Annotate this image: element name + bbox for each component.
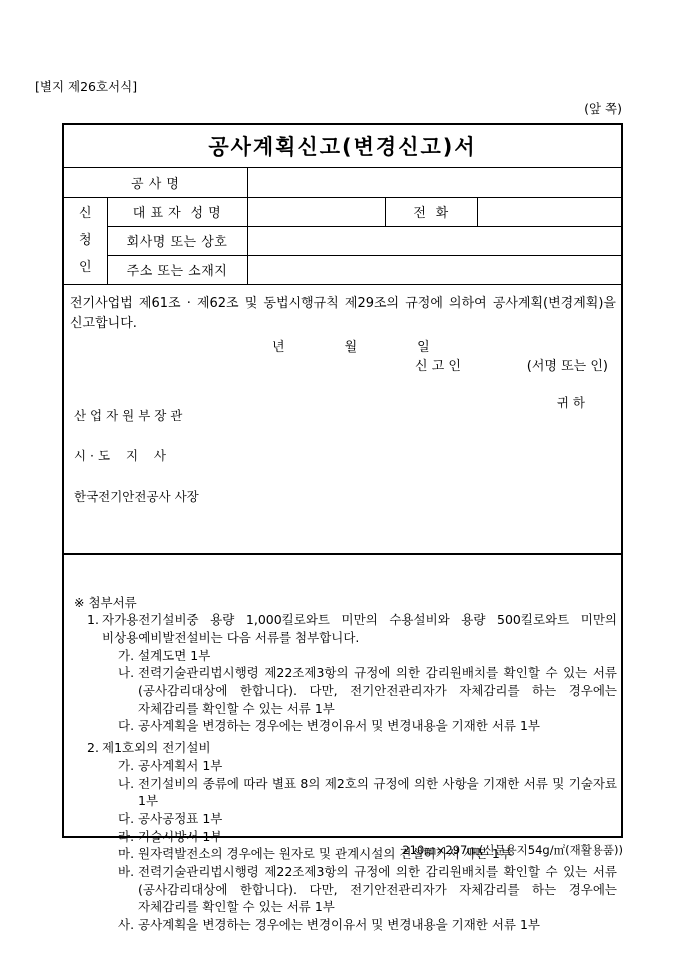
table-row: 주소 또는 소재지 [64, 255, 621, 284]
paper-spec-label: 210㎜×297㎜(신문용지54g/㎡(재활용품)) [402, 842, 623, 858]
addressee-kesco-president: 한국전기안전공사 사장 [74, 490, 621, 504]
item-text: 공사계획서 1부 [138, 757, 617, 775]
date-line[interactable]: 년 월 일 [64, 337, 621, 355]
phone-label: 전 화 [385, 197, 477, 226]
date-day-label: 일 [417, 336, 430, 355]
applicant-group-label: 신 청 인 [64, 197, 107, 284]
company-name-field[interactable] [247, 226, 621, 255]
attachment-subitem: 사. 공사계획을 변경하는 경우에는 변경이유서 및 변경내용을 기재한 서류 … [118, 916, 617, 934]
construction-name-label: 공 사 명 [64, 168, 247, 197]
item-number: 마. [118, 845, 138, 863]
applicant-char: 인 [66, 254, 105, 281]
item-number: 가. [118, 757, 138, 775]
item-number: 다. [118, 717, 138, 735]
item-text: 공사공정표 1부 [138, 810, 617, 828]
item-number: 2. [87, 739, 102, 757]
table-row: 회사명 또는 상호 [64, 226, 621, 255]
page-side-label: (앞 쪽) [584, 99, 622, 117]
company-name-label: 회사명 또는 상호 [107, 226, 247, 255]
item-number: 가. [118, 647, 138, 665]
address-field[interactable] [247, 255, 621, 284]
applicant-table: 공 사 명 신 청 인 대 표 자 성 명 전 화 회사명 또는 상호 주소 또… [64, 168, 621, 285]
attachment-subitem: 나. 전력기술관리법시행령 제22조제3항의 규정에 의한 감리원배치를 확인할… [118, 664, 617, 717]
table-row: 공 사 명 [64, 168, 621, 197]
attachments-header: ※ 첨부서류 [72, 594, 617, 612]
applicant-char: 신 [66, 200, 105, 227]
item-number: 나. [118, 664, 138, 717]
signature-hint-label: (서명 또는 인) [527, 355, 608, 374]
item-number: 라. [118, 828, 138, 846]
table-row: 신 청 인 대 표 자 성 명 전 화 [64, 197, 621, 226]
attachments-section: ※ 첨부서류 1. 자가용전기설비중 용량 1,000킬로와트 미만의 수용설비… [64, 555, 621, 934]
form-code-label: [별지 제26호서식] [35, 77, 137, 95]
addressee-minister: 산 업 자 원 부 장 관 [74, 409, 621, 423]
attachment-item: 2. 제1호외의 전기설비 [87, 739, 617, 757]
item-number: 사. [118, 916, 138, 934]
addressee-block: 산 업 자 원 부 장 관 시 · 도 지 사 한국전기안전공사 사장 귀 하 [64, 382, 621, 544]
item-text: 자가용전기설비중 용량 1,000킬로와트 미만의 수용설비와 용량 500킬로… [102, 611, 617, 646]
item-number: 1. [87, 611, 102, 646]
attachment-item: 1. 자가용전기설비중 용량 1,000킬로와트 미만의 수용설비와 용량 50… [87, 611, 617, 646]
addressee-governor: 시 · 도 지 사 [74, 449, 621, 463]
reporter-line: 신 고 인 (서명 또는 인) [64, 356, 621, 374]
form-title: 공사계획신고(변경신고)서 [64, 125, 621, 168]
attachment-subitem: 다. 공사계획을 변경하는 경우에는 변경이유서 및 변경내용을 기재한 서류 … [118, 717, 617, 735]
attachment-subitem: 바. 전력기술관리법시행령 제22조제3항의 규정에 의한 감리원배치를 확인할… [118, 863, 617, 916]
representative-name-label: 대 표 자 성 명 [107, 197, 247, 226]
address-label: 주소 또는 소재지 [107, 255, 247, 284]
item-number: 다. [118, 810, 138, 828]
attachment-subitem: 다. 공사공정표 1부 [118, 810, 617, 828]
reporter-label: 신 고 인 [415, 355, 461, 374]
attachment-subitem: 가. 공사계획서 1부 [118, 757, 617, 775]
attachment-subitem: 나. 전기설비의 종류에 따라 별표 8의 제2호의 규정에 의한 사항을 기재… [118, 775, 617, 810]
item-number: 나. [118, 775, 138, 810]
item-text: 제1호외의 전기설비 [102, 739, 617, 757]
construction-name-field[interactable] [247, 168, 621, 197]
date-year-label: 년 [272, 336, 285, 355]
form-box: 공사계획신고(변경신고)서 공 사 명 신 청 인 대 표 자 성 명 전 화 … [62, 123, 623, 838]
applicant-char: 청 [66, 227, 105, 254]
item-text: 전력기술관리법시행령 제22조제3항의 규정에 의한 감리원배치를 확인할 수 … [138, 863, 617, 916]
item-text: 공사계획을 변경하는 경우에는 변경이유서 및 변경내용을 기재한 서류 1부 [138, 717, 617, 735]
item-number: 바. [118, 863, 138, 916]
representative-name-field[interactable] [247, 197, 385, 226]
declaration-paragraph: 전기사업법 제61조 · 제62조 및 동법시행규칙 제29조의 규정에 의하여… [64, 285, 621, 334]
item-text: 공사계획을 변경하는 경우에는 변경이유서 및 변경내용을 기재한 서류 1부 [138, 916, 617, 934]
item-text: 전기설비의 종류에 따라 별표 8의 제2호의 규정에 의한 사항을 기재한 서… [138, 775, 617, 810]
date-month-label: 월 [345, 336, 358, 355]
phone-field[interactable] [477, 197, 621, 226]
item-text: 전력기술관리법시행령 제22조제3항의 규정에 의한 감리원배치를 확인할 수 … [138, 664, 617, 717]
attachment-subitem: 가. 설계도면 1부 [118, 647, 617, 665]
addressee-suffix: 귀 하 [557, 396, 585, 410]
item-text: 설계도면 1부 [138, 647, 617, 665]
